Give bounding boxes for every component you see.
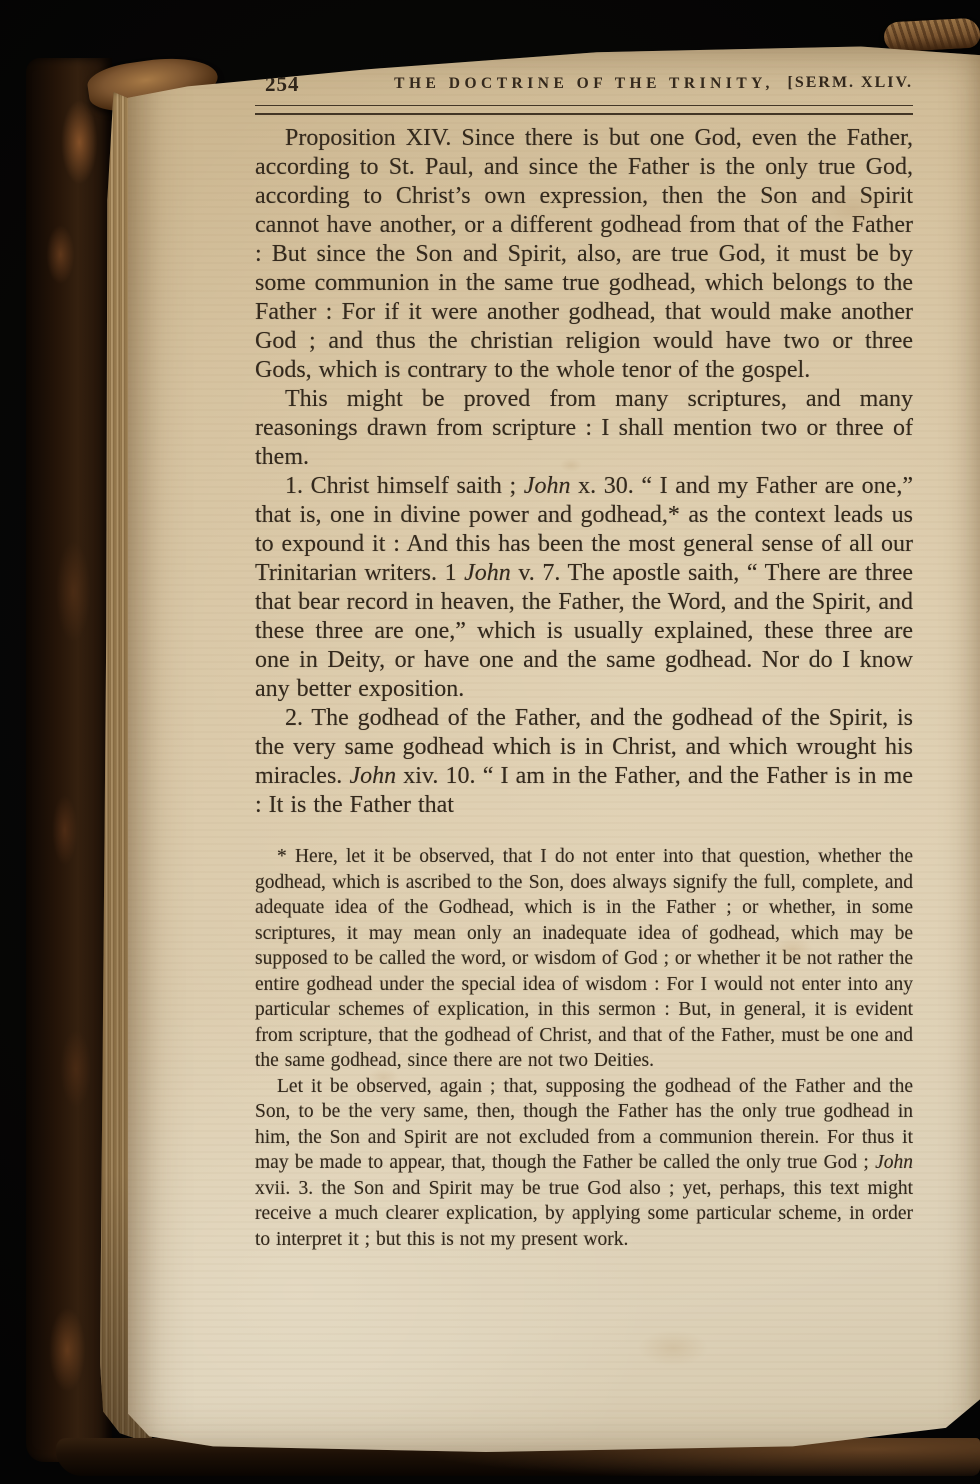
body-paragraph: This might be proved from many scripture… — [255, 385, 913, 472]
footnote-paragraph: Let it be observed, again ; that, suppos… — [255, 1074, 913, 1253]
footnote-text: * Here, let it be observed, that I do no… — [255, 844, 913, 1252]
footnote-paragraph: * Here, let it be observed, that I do no… — [255, 844, 913, 1074]
book-page: 254 THE DOCTRINE OF THE TRINITY, [SERM. … — [128, 38, 980, 1462]
book-spine-leather — [26, 58, 112, 1462]
body-paragraph: 1. Christ himself saith ; John x. 30. “ … — [255, 472, 913, 704]
photograph-of-book-page: { "page": { "header": { "page_number": "… — [0, 0, 980, 1484]
book-headband-corner — [883, 18, 980, 53]
body-text: Proposition XIV. Since there is but one … — [255, 124, 913, 820]
printed-column: 254 THE DOCTRINE OF THE TRINITY, [SERM. … — [255, 72, 913, 1252]
body-paragraph: Proposition XIV. Since there is but one … — [255, 124, 913, 385]
body-paragraph: 2. The godhead of the Father, and the go… — [255, 704, 913, 820]
header-double-rule — [255, 105, 913, 115]
sermon-number-label: [SERM. XLIV. — [788, 74, 914, 92]
page-header: 254 THE DOCTRINE OF THE TRINITY, [SERM. … — [255, 72, 913, 100]
